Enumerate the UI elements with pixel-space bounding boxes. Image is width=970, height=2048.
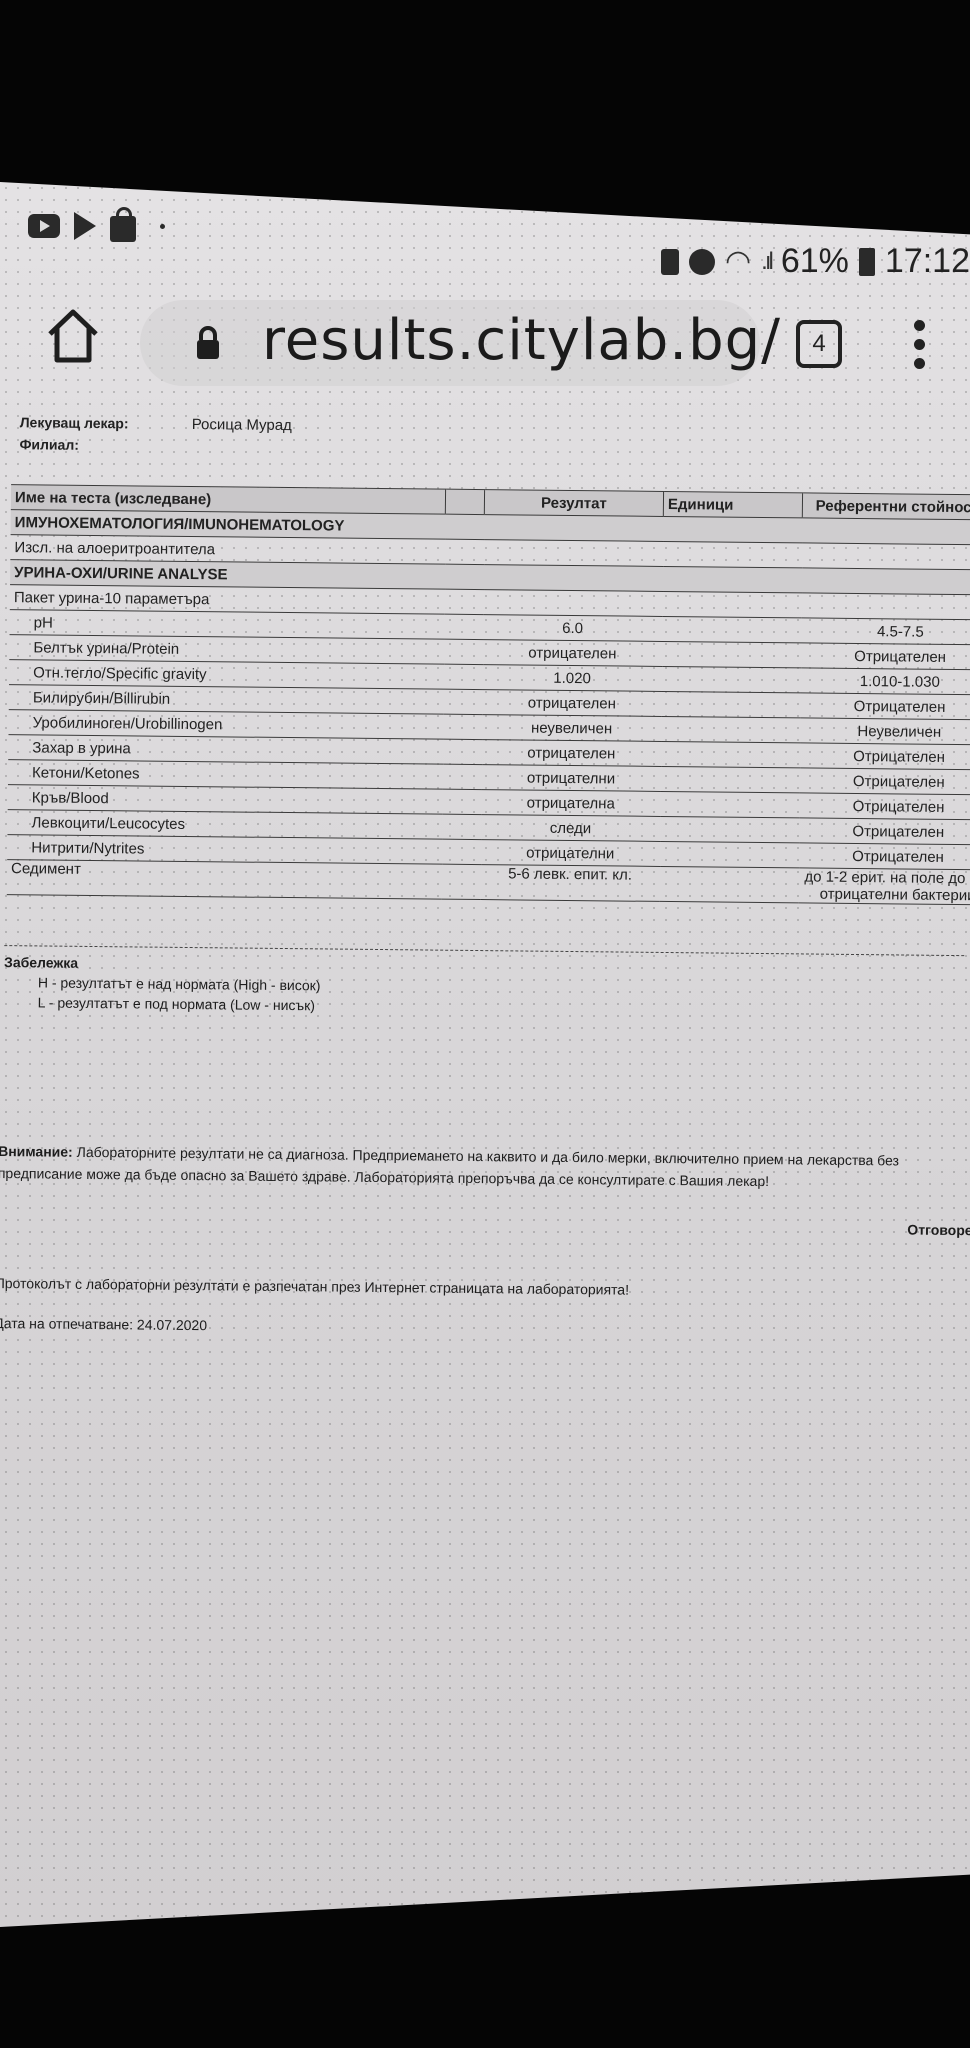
results-table: Име на теста (изследване) Резултат Едини… bbox=[7, 484, 970, 905]
test-reference: Отрицателен bbox=[799, 793, 970, 820]
test-reference: Отрицателен bbox=[801, 643, 970, 670]
test-units bbox=[660, 791, 799, 817]
branch-label: Филиал: bbox=[19, 436, 79, 453]
test-result: 6.0 bbox=[483, 615, 662, 642]
status-bar: ◠ .ıl 61% 17:12 bbox=[0, 200, 970, 260]
header-reference: Референтни стойности bbox=[802, 493, 970, 520]
responsible-label: Отговорен bbox=[907, 1222, 970, 1239]
test-reference: Отрицателен bbox=[799, 843, 970, 870]
test-result: 1.020 bbox=[482, 665, 661, 692]
test-result: отрицателни bbox=[481, 765, 660, 792]
alarm-icon bbox=[689, 249, 715, 275]
lock-icon bbox=[196, 326, 220, 360]
test-result: отрицателен bbox=[483, 640, 662, 667]
play-store-icon bbox=[74, 212, 96, 240]
wifi-icon: ◠ bbox=[725, 244, 751, 279]
test-units bbox=[660, 816, 799, 842]
signal-icon: .ıl bbox=[761, 248, 771, 276]
home-icon[interactable] bbox=[46, 308, 100, 364]
test-reference: Отрицателен bbox=[800, 743, 970, 770]
test-result: следи bbox=[481, 815, 660, 842]
shopping-bag-icon bbox=[110, 216, 136, 242]
url-text[interactable]: results.citylab.bg/ bbox=[262, 308, 781, 373]
header-units: Единици bbox=[663, 491, 802, 517]
battery-icon bbox=[859, 248, 875, 276]
battery-percent: 61% bbox=[781, 242, 849, 281]
test-units bbox=[662, 641, 801, 667]
test-reference: Отрицателен bbox=[800, 693, 970, 720]
clock: 17:12 bbox=[885, 242, 970, 281]
browser-toolbar: results.citylab.bg/ 4 bbox=[0, 290, 970, 390]
test-units bbox=[661, 716, 800, 742]
warning-label: Внимание: bbox=[0, 1143, 73, 1160]
doctor-label: Лекуващ лекар: bbox=[20, 414, 129, 431]
test-result: неувеличен bbox=[482, 715, 661, 742]
test-result: отрицателни bbox=[481, 840, 660, 867]
youtube-icon bbox=[28, 214, 60, 238]
test-units bbox=[660, 766, 799, 792]
test-result: отрицателен bbox=[482, 740, 661, 767]
warning-line-1: Лабораторните резултати не са диагноза. … bbox=[77, 1144, 899, 1169]
phone-screen bbox=[0, 182, 970, 1927]
notification-dot-icon bbox=[160, 224, 165, 229]
notes-section: Забележка H - резултатът е над нормата (… bbox=[4, 945, 965, 1020]
doctor-name: Росица Мурад bbox=[192, 416, 292, 434]
test-units bbox=[661, 691, 800, 717]
test-units bbox=[662, 616, 801, 642]
reference-line-2: отрицателни бактерии bbox=[802, 885, 970, 904]
test-result: отрицателна bbox=[481, 790, 660, 817]
test-reference: Отрицателен bbox=[799, 768, 970, 795]
test-name: Седимент bbox=[7, 860, 481, 900]
header-result: Резултат bbox=[484, 490, 663, 517]
overflow-menu-icon[interactable] bbox=[914, 320, 926, 377]
test-units bbox=[660, 841, 799, 867]
data-saver-icon bbox=[661, 249, 679, 275]
test-reference: Неувеличен bbox=[800, 718, 970, 745]
test-reference: Отрицателен bbox=[799, 818, 970, 845]
test-reference: 4.5-7.5 bbox=[801, 618, 970, 645]
reference-line-1: до 1-2 ерит. на поле до 2-4 bbox=[802, 868, 970, 887]
tab-switcher-button[interactable]: 4 bbox=[796, 320, 842, 368]
test-result: отрицателен bbox=[482, 690, 661, 717]
test-units bbox=[661, 666, 800, 692]
test-units bbox=[661, 741, 800, 767]
print-date: Дата на отпечатване: 24.07.2020 bbox=[0, 1315, 207, 1333]
test-result: 5-6 левк. епит. кл. bbox=[480, 865, 659, 902]
test-reference: 1.010-1.030 bbox=[800, 668, 970, 695]
